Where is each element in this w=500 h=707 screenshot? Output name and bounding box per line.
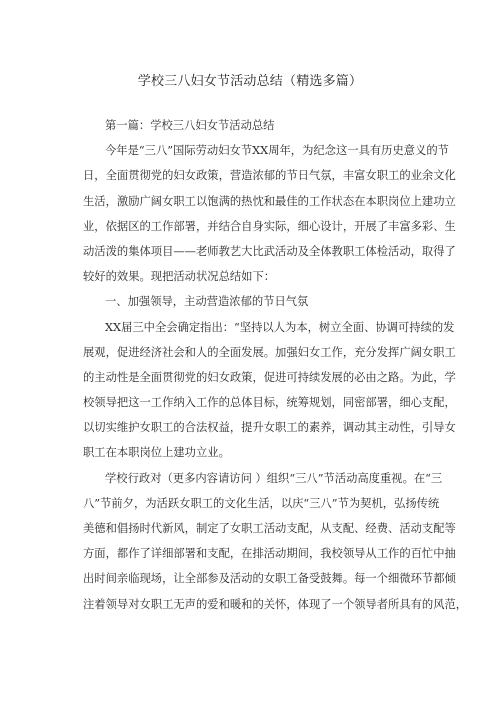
document-title: 学校三八妇女节活动总结（精选多篇） <box>0 70 500 89</box>
document-body: 第一篇：学校三八妇女节活动总结今年是“三八”国际劳动妇女节XX周年，为纪念这一具… <box>83 113 417 617</box>
text-line: 一、加强领导，主动营造浓郁的节日气氛 <box>83 289 417 314</box>
text-line: 美德和倡扬时代新风，制定了女职工活动支配，从支配、经费、活动支配等 <box>83 516 417 541</box>
text-line: 学校行政对（更多内容请访问 ）组织“三八”节活动高度重视。在“三 <box>83 466 417 491</box>
text-line: 较好的效果。现把活动状况总结如下： <box>83 264 417 289</box>
text-line: 方面，都作了详细部署和支配，在排活动期间，我校领导从工作的百忙中抽 <box>83 541 417 566</box>
text-line: 展观，促进经济社会和人的全面发展。加强妇女工作，充分发挥广阔女职工 <box>83 340 417 365</box>
text-line: 生活，激励广阔女职工以饱满的热忱和最佳的工作状态在本职岗位上建功立 <box>83 189 417 214</box>
text-line: 的主动性是全面贯彻党的妇女政策，促进可持续发展的必由之路。为此，学 <box>83 365 417 390</box>
text-line: 出时间亲临现场，让全部参及活动的女职工备受鼓舞。每一个细微环节都倾 <box>83 566 417 591</box>
text-line: 日，全面贯彻党的妇女政策，营造浓郁的节日气氛，丰富女职工的业余文化 <box>83 163 417 188</box>
text-line: 职工在本职岗位上建功立业。 <box>83 440 417 465</box>
text-line: 八”节前夕，为活跃女职工的文化生活，以庆“三八”节为契机，弘扬传统 <box>83 491 417 516</box>
text-line: 校领导把这一工作纳入工作的总体目标，统筹规划，同密部署，细心支配， <box>83 390 417 415</box>
text-line: 今年是“三八”国际劳动妇女节XX周年，为纪念这一具有历史意义的节 <box>83 138 417 163</box>
text-line: 注着领导对女职工无声的爱和暖和的关怀，体现了一个领导者所具有的风范， <box>83 592 417 617</box>
text-line: 业，依据区的工作部署，并结合自身实际，细心设计，开展了丰富多彩、生 <box>83 214 417 239</box>
text-line: 以切实维护女职工的合法权益，提升女职工的素养，调动其主动性，引导女 <box>83 415 417 440</box>
text-line: 动活泼的集体项目——老师教艺大比武活动及全体教职工体检活动，取得了 <box>83 239 417 264</box>
text-line: XX届三中全会确定指出：“坚持以人为本，树立全面、协调可持续的发 <box>83 315 417 340</box>
text-line: 第一篇：学校三八妇女节活动总结 <box>83 113 417 138</box>
document-page: 学校三八妇女节活动总结（精选多篇） 第一篇：学校三八妇女节活动总结今年是“三八”… <box>0 0 500 707</box>
